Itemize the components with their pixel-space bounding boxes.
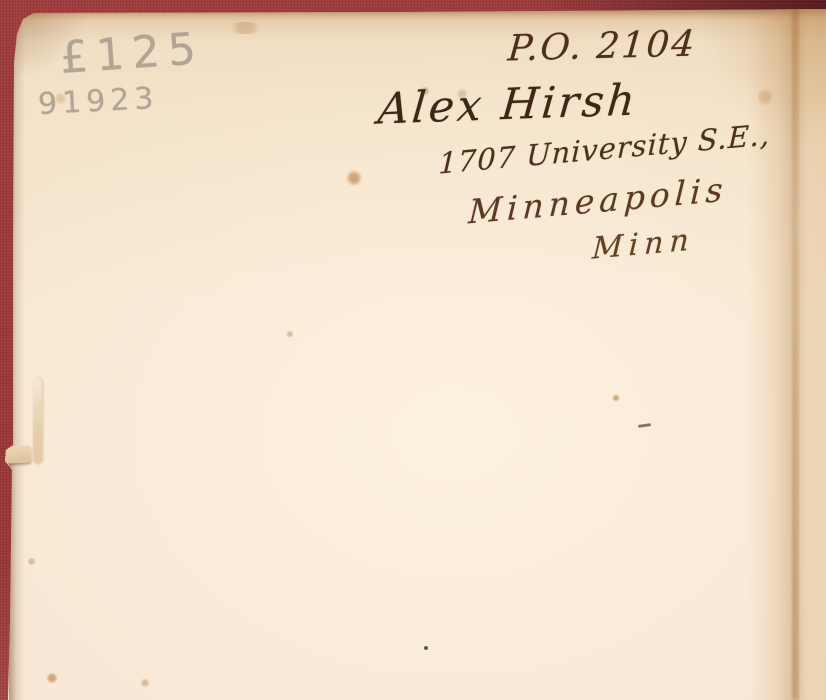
foxing-spot — [27, 557, 36, 566]
foxing-spot — [612, 394, 620, 402]
foxing-spot — [225, 22, 265, 34]
page-right-toning-streak — [792, 0, 799, 700]
endpaper-page: £125 91923 P.O. 2104 Alex Hirsh 1707 Uni… — [0, 0, 826, 700]
foxing-spot — [346, 169, 362, 187]
handwritten-owner-name: Alex Hirsh — [376, 75, 640, 134]
book-endpaper-photo: £125 91923 P.O. 2104 Alex Hirsh 1707 Uni… — [0, 0, 826, 700]
foxing-spot — [758, 86, 772, 108]
foxing-spot — [286, 330, 294, 338]
page-crease-mark — [33, 378, 42, 464]
foxing-spot — [46, 672, 58, 684]
ink-speck — [638, 423, 651, 428]
pencil-price-inscription: £125 — [58, 23, 205, 84]
handwritten-po-number: P.O. 2104 — [506, 23, 697, 69]
pencil-stock-number: 91923 — [37, 81, 159, 122]
dark-speck — [424, 646, 428, 650]
handwritten-state: Minn — [591, 222, 695, 266]
foxing-spot — [140, 678, 150, 688]
